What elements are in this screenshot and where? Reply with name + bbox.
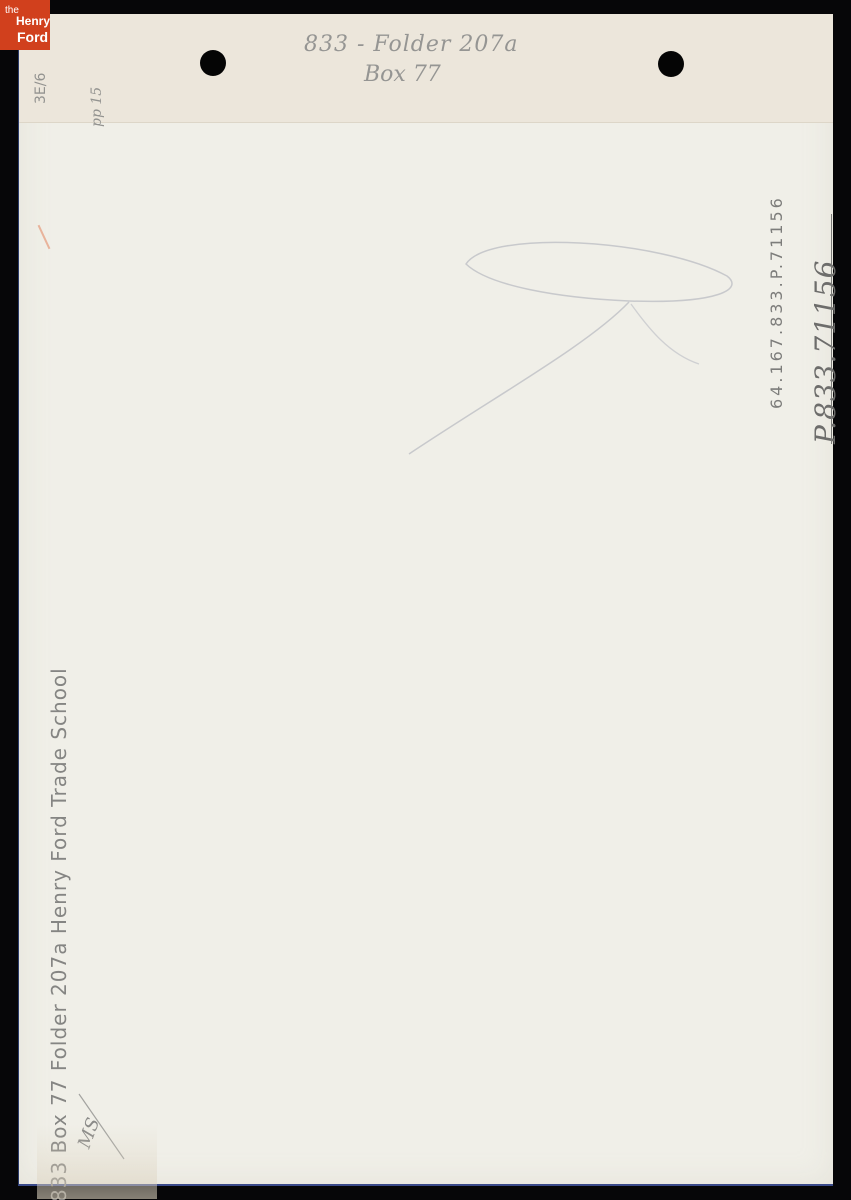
object-number-strikethrough [831,214,832,444]
pencil-sketch-mark [19,14,833,1184]
henry-ford-logo: the Henry Ford [0,0,50,50]
logo-henry: Henry [16,15,50,27]
object-number: P.833.71156 [809,260,842,444]
corner-smudge [37,1124,157,1199]
accession-number: 64.167.833.P.71156 [767,195,786,409]
logo-ford: Ford [17,30,48,44]
scan-background: the Henry Ford 833 - Folder 207a Box 77 … [0,0,851,1200]
photo-verso-paper: 833 - Folder 207a Box 77 3E/6 pp 15 64.1… [18,14,833,1186]
side-label-annotation: 833 Box 77 Folder 207a Henry Ford Trade … [47,667,71,1200]
